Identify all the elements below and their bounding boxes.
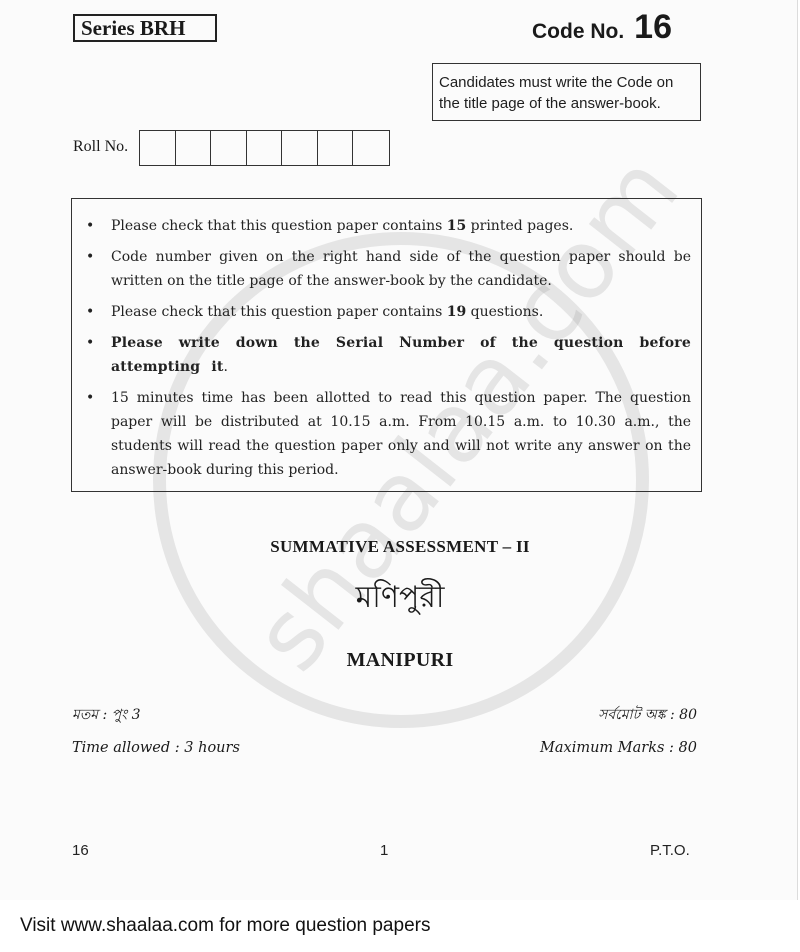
instructions-list: •Please check that this question paper c… xyxy=(86,214,691,482)
roll-number-digit-box[interactable] xyxy=(353,131,389,165)
instruction-item: •15 minutes time has been allotted to re… xyxy=(86,386,691,482)
roll-number-label: Roll No. xyxy=(73,138,128,156)
candidates-note: Candidates must write the Code on the ti… xyxy=(432,63,701,121)
bullet-icon: • xyxy=(86,386,94,410)
question-paper-page: shaalaa.com Series BRH Code No. 16 Candi… xyxy=(0,0,798,900)
instruction-item: •Please check that this question paper c… xyxy=(86,214,691,238)
roll-number-digit-box[interactable] xyxy=(211,131,247,165)
code-label: Code No. xyxy=(532,20,624,44)
pto-label: P.T.O. xyxy=(650,842,690,859)
roll-number-digit-box[interactable] xyxy=(282,131,318,165)
time-allowed-native: মতম : পুং 3 xyxy=(72,703,141,727)
instructions-box: •Please check that this question paper c… xyxy=(71,198,702,492)
roll-number-digit-box[interactable] xyxy=(140,131,176,165)
subject-title: MANIPURI xyxy=(0,649,800,672)
instruction-item: •Code number given on the right hand sid… xyxy=(86,245,691,293)
instruction-item: •Please write down the Serial Number of … xyxy=(86,331,691,379)
assessment-title: SUMMATIVE ASSESSMENT – II xyxy=(0,537,800,557)
instruction-item: •Please check that this question paper c… xyxy=(86,300,691,324)
bullet-icon: • xyxy=(86,245,94,269)
bullet-icon: • xyxy=(86,214,94,238)
visit-banner: Visit www.shaalaa.com for more question … xyxy=(20,915,430,937)
max-marks: Maximum Marks : 80 xyxy=(540,740,697,756)
bullet-icon: • xyxy=(86,331,94,355)
code-number-block: Code No. 16 xyxy=(532,8,672,47)
footer-code: 16 xyxy=(72,842,89,859)
roll-number-digit-box[interactable] xyxy=(247,131,283,165)
roll-number-digit-box[interactable] xyxy=(318,131,354,165)
code-number: 16 xyxy=(634,8,672,47)
bullet-icon: • xyxy=(86,300,94,324)
roll-number-digit-box[interactable] xyxy=(176,131,212,165)
roll-number-boxes xyxy=(139,130,390,166)
time-allowed: Time allowed : 3 hours xyxy=(72,740,240,756)
page-number: 1 xyxy=(380,842,388,859)
subject-native-title: মণিপুরী xyxy=(0,573,800,624)
max-marks-native: সর্বমোট অঙ্ক : 80 xyxy=(598,703,697,727)
series-label: Series BRH xyxy=(73,14,217,42)
